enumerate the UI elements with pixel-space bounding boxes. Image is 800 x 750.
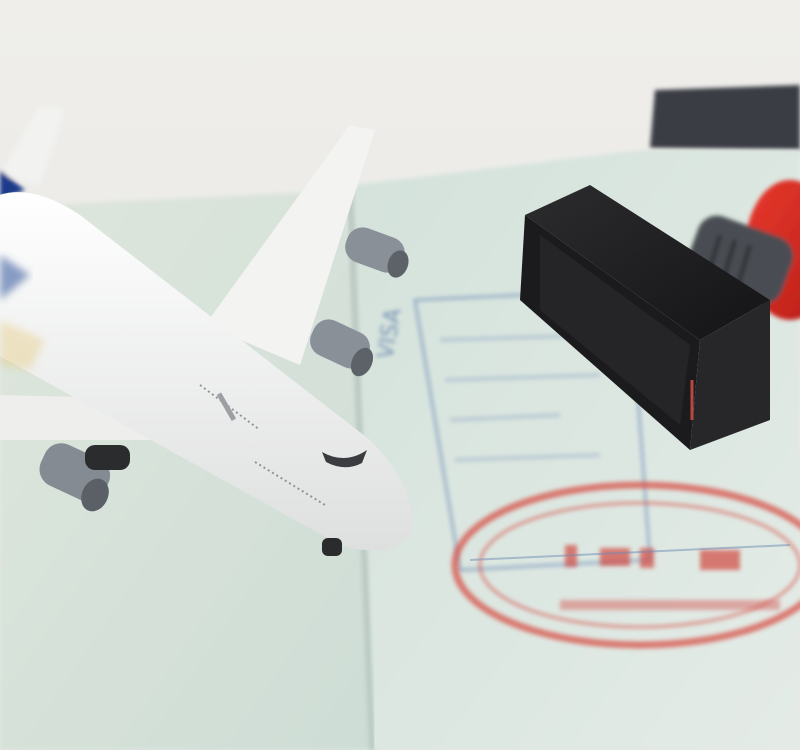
photo-scene: VISA [0,0,800,750]
airplane-nose-gear [322,538,342,556]
photograph: VISA [0,0,800,750]
passport-cover [650,85,800,150]
